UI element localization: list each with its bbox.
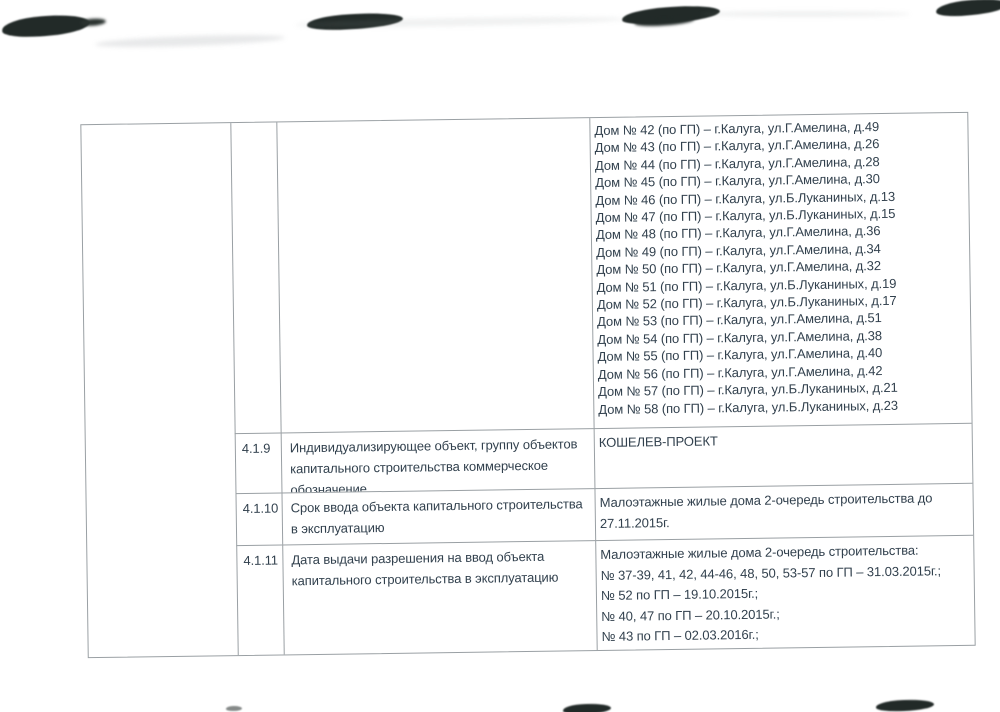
table-cell-item-number: 4.1.9 xyxy=(235,432,282,493)
ink-smudge-bottom-dot-icon xyxy=(226,706,242,711)
ink-smudge-top-left-icon xyxy=(1,13,90,39)
table-cell-left-spacer xyxy=(81,123,237,657)
scanned-document-page: Дом № 42 (по ГП) – г.Калуга, ул.Г.Амелин… xyxy=(0,0,1000,712)
table-cell-label: Срок ввода объекта капитального строител… xyxy=(281,488,595,544)
table-cell-item-number xyxy=(230,122,280,433)
table-cell-value: КОШЕЛЕВ-ПРОЕКТ xyxy=(594,423,973,488)
declaration-table: Дом № 42 (по ГП) – г.Калуга, ул.Г.Амелин… xyxy=(80,112,975,658)
scan-streak xyxy=(700,11,910,17)
table-cell-house-list: Дом № 42 (по ГП) – г.Калуга, ул.Г.Амелин… xyxy=(589,113,971,428)
table-cell-value: Малоэтажные жилые дома 2-очередь строите… xyxy=(594,483,973,540)
table-cell-item-number: 4.1.11 xyxy=(236,544,284,655)
table-cell-label: Дата выдачи разрешения на ввод объекта к… xyxy=(282,540,597,654)
table-cell-item-number: 4.1.10 xyxy=(235,492,282,545)
ink-smudge-bottom-mid-icon xyxy=(563,703,611,712)
table-cell-value: Малоэтажные жилые дома 2-очередь строите… xyxy=(595,535,974,650)
ink-smudge-top-right-icon xyxy=(935,0,1000,18)
ink-smudge-bottom-right-icon xyxy=(876,699,934,712)
table-cell-label: Индивидуализирующее объект, группу объек… xyxy=(281,428,595,492)
scan-streak xyxy=(95,33,285,50)
table-cell-label xyxy=(276,118,593,432)
